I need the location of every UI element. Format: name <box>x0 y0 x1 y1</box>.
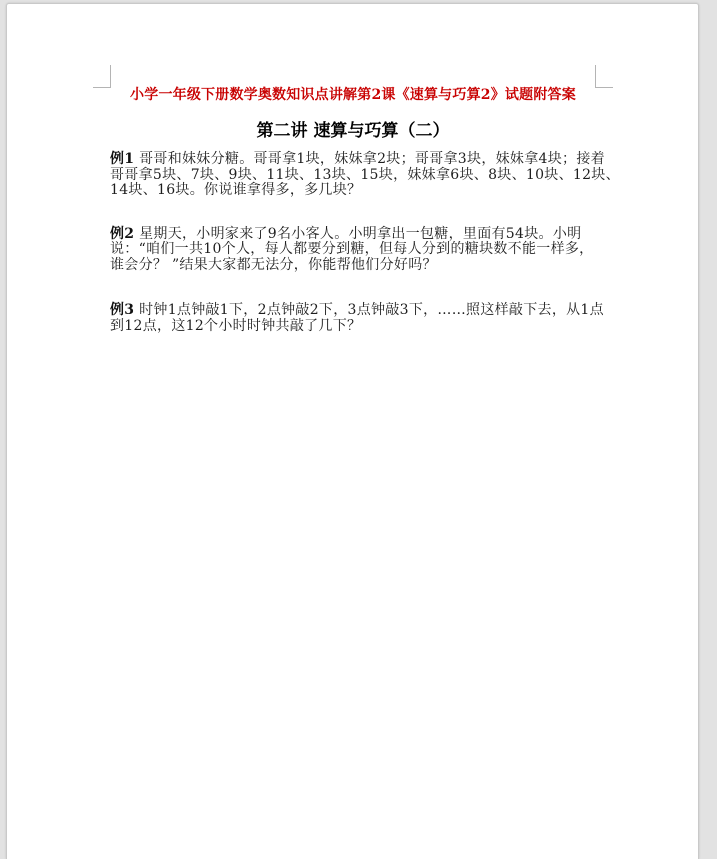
margin-crop-mark-right <box>595 65 613 88</box>
example-1-line-1: 哥哥和妹妹分糖。哥哥拿1块，妹妹拿2块；哥哥拿3块，妹妹拿4块；接着 <box>134 151 605 167</box>
example-2-line-3: 谁会分？ ”结果大家都无法分，你能帮他们分好吗？ <box>110 258 596 274</box>
paragraph-line: 例2 星期天，小明家来了9名小客人。小明拿出一包糖，里面有54块。小明 <box>110 227 596 243</box>
example-3-line-1: 时钟1点钟敲1下，2点钟敲2下，3点钟敲3下，……照这样敲下去，从1点 <box>134 302 604 318</box>
paragraph-line: 例3 时钟1点钟敲1下，2点钟敲2下，3点钟敲3下，……照这样敲下去，从1点 <box>110 303 596 319</box>
paragraph-line: 例1 哥哥和妹妹分糖。哥哥拿1块，妹妹拿2块；哥哥拿3块，妹妹拿4块；接着 <box>110 152 596 168</box>
section-heading: 第二讲 速算与巧算（二） <box>110 121 596 141</box>
example-3-label: 例3 <box>110 302 134 318</box>
example-1-line-3: 14块、16块。你说谁拿得多，多几块？ <box>110 183 596 199</box>
example-2-paragraph: 例2 星期天，小明家来了9名小客人。小明拿出一包糖，里面有54块。小明 说：“咱… <box>110 227 596 274</box>
example-3-paragraph: 例3 时钟1点钟敲1下，2点钟敲2下，3点钟敲3下，……照这样敲下去，从1点 到… <box>110 303 596 334</box>
example-3-line-2: 到12点，这12个小时时钟共敲了几下？ <box>110 319 596 335</box>
text-area: 小学一年级下册数学奥数知识点讲解第2课《速算与巧算2》试题附答案 第二讲 速算与… <box>110 87 596 334</box>
example-2-label: 例2 <box>110 226 134 242</box>
example-1-line-2: 哥哥拿5块、7块、9块、11块、13块、15块，妹妹拿6块、8块、10块、12块… <box>110 168 596 184</box>
app-canvas: 小学一年级下册数学奥数知识点讲解第2课《速算与巧算2》试题附答案 第二讲 速算与… <box>0 0 717 859</box>
example-2-line-2: 说：“咱们一共10个人，每人都要分到糖，但每人分到的糖块数不能一样多， <box>110 242 596 258</box>
margin-crop-mark-left <box>93 65 111 88</box>
example-1-paragraph: 例1 哥哥和妹妹分糖。哥哥拿1块，妹妹拿2块；哥哥拿3块，妹妹拿4块；接着 哥哥… <box>110 152 596 199</box>
document-title: 小学一年级下册数学奥数知识点讲解第2课《速算与巧算2》试题附答案 <box>110 87 596 104</box>
example-1-label: 例1 <box>110 151 134 167</box>
example-2-line-1: 星期天，小明家来了9名小客人。小明拿出一包糖，里面有54块。小明 <box>134 226 581 242</box>
